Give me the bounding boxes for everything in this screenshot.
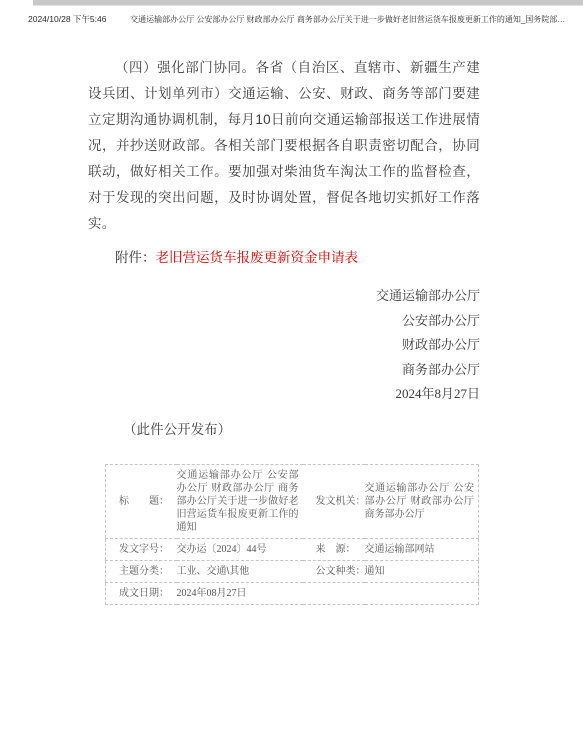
meta-row-doc-number: 发文字号： 交办运〔2024〕44号 来 源： 交通运输部网站 (106, 538, 479, 560)
doc-meta-table: 标 题： 交通运输部办公厅 公安部办公厅 财政部办公厅 商务部办公厅关于进一步做… (105, 464, 479, 605)
print-doc-title: 交通运输部办公厅 公安部办公厅 财政部办公厅 商务部办公厅关于进一步做好老旧营运… (124, 14, 571, 25)
signature-block: 交通运输部办公厅 公安部办公厅 财政部办公厅 商务部办公厅 2024年8月27日 (88, 284, 480, 407)
meta-value-title: 交通运输部办公厅 公安部办公厅 财政部办公厅 商务部办公厅关于进一步做好老旧营运… (177, 464, 303, 538)
signature-agency: 公安部办公厅 (88, 309, 480, 334)
meta-value-doc-type: 通知 (365, 560, 479, 582)
meta-row-title: 标 题： 交通运输部办公厅 公安部办公厅 财政部办公厅 商务部办公厅关于进一步做… (106, 464, 479, 538)
print-header: 2024/10/28 下午5:46 交通运输部办公厅 公安部办公厅 财政部办公厅… (28, 13, 571, 25)
meta-label-source: 来 源： (303, 538, 365, 560)
meta-row-issue-date: 成文日期： 2024年08月27日 (106, 582, 479, 604)
signature-agency: 财政部办公厅 (88, 333, 480, 358)
meta-value-doc-number: 交办运〔2024〕44号 (177, 538, 303, 560)
paragraph-dept-coordination: （四）强化部门协同。各省（自治区、直辖市、新疆生产建设兵团、计划单列市）交通运输… (88, 55, 480, 237)
meta-label-topic-category: 主题分类： (106, 560, 177, 582)
meta-label-issue-date: 成文日期： (106, 582, 177, 604)
meta-row-topic: 主题分类： 工业、交通\其他 公文种类： 通知 (106, 560, 479, 582)
print-timestamp: 2024/10/28 下午5:46 (28, 13, 106, 25)
meta-value-issue-date: 2024年08月27日 (177, 582, 479, 604)
meta-label-title: 标 题： (106, 464, 177, 538)
meta-label-doc-type: 公文种类： (303, 560, 365, 582)
signature-agency: 交通运输部办公厅 (88, 284, 480, 309)
print-preview-page: 2024/10/28 下午5:46 交通运输部办公厅 公安部办公厅 财政部办公厅… (0, 0, 583, 734)
window-edge-strip (33, 0, 583, 6)
meta-label-issuing-org: 发文机关： (303, 464, 365, 538)
attachment-link[interactable]: 老旧营运货车报废更新资金申请表 (156, 250, 359, 265)
public-release-note: （此件公开发布） (88, 417, 480, 443)
attachment-label: 附件： (115, 250, 156, 265)
document-body: （四）强化部门协同。各省（自治区、直辖市、新疆生产建设兵团、计划单列市）交通运输… (88, 55, 480, 605)
signature-date: 2024年8月27日 (88, 382, 480, 407)
meta-value-topic-category: 工业、交通\其他 (177, 560, 303, 582)
signature-agency: 商务部办公厅 (88, 358, 480, 383)
attachment-line: 附件：老旧营运货车报废更新资金申请表 (88, 245, 480, 271)
meta-label-doc-number: 发文字号： (106, 538, 177, 560)
meta-value-issuing-org: 交通运输部办公厅 公安部办公厅 财政部办公厅 商务部办公厅 (365, 464, 479, 538)
meta-value-source: 交通运输部网站 (365, 538, 479, 560)
